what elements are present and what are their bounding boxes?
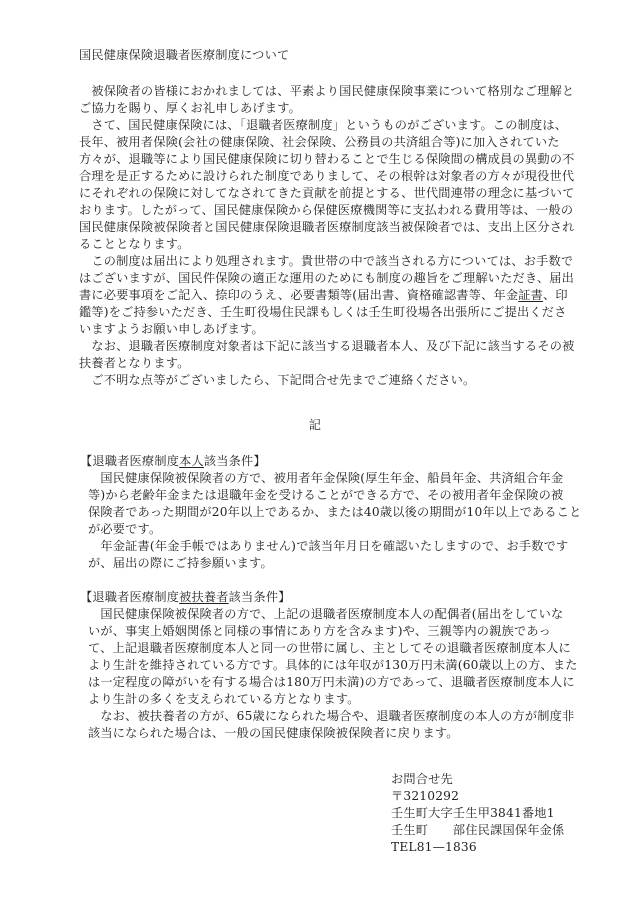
heading-post: 該当条件】 — [204, 454, 266, 468]
section-honnin-line: が必要です。 — [88, 521, 551, 537]
intro-line: 長年、被用者保険(会社の健康保険、社会保険、公務員の共済組合等)に加入されていた — [79, 134, 551, 150]
intro-line: 扶養者となります。 — [79, 355, 551, 371]
heading-pre: 【退職者医療制度 — [80, 590, 179, 604]
intro-line: ご不明な点等がございましたら、下記問合せ先までご連絡ください。 — [79, 372, 551, 388]
section-fuyou-line: より生計を維持されている方です。具体的には年収が130万円未満(60歳以上の方、… — [88, 657, 551, 673]
section-fuyou-line: 国民健康保険被保険者の方で、上記の退職者医療制度本人の配偶者(届出をしていな — [88, 606, 551, 622]
section-honnin-line: 年金証書(年金手帳ではありません)で該当年月日を確認いたしますので、お手数です — [88, 538, 551, 554]
contact-address: 壬生町大字壬生甲3841番地1 — [391, 805, 555, 821]
contact-heading: お問合せ先 — [391, 771, 453, 787]
section-fuyou-line: なお、被扶養者の方が、65歳になられた場合や、退職者医療制度の本人の方が制度非 — [88, 708, 551, 724]
intro-line: 方々が、退職等により国民健康保険に切り替わることで生じる保険間の構成員の異動の不 — [79, 151, 551, 167]
contact-department: 壬生町 部住民課国保年金係 — [391, 822, 564, 838]
section-honnin-line: 等)から老齢年金または退職年金を受けることができる方で、その被用者年金保険の被 — [88, 487, 551, 503]
heading-underlined: 被扶養者 — [179, 590, 229, 604]
section-fuyou-line: 該当になられた場合は、一般の国民健康保険被保険者に戻ります。 — [88, 725, 551, 741]
section-honnin-line: が、届出の際にご持参願います。 — [88, 555, 551, 571]
contact-tel: TEL81—1836 — [391, 839, 477, 855]
intro-line: 鑑等)をご持参いただき、壬生町役場住民課もしくは壬生町役場各出張所にご提出くださ — [79, 304, 551, 320]
intro-line: なお、退職者医療制度対象者は下記に該当する退職者本人、及び下記に該当するその被 — [79, 338, 551, 354]
heading-pre: 【退職者医療制度 — [80, 454, 179, 468]
section-fuyou-line: は一定程度の障がいを有する場合は180万円未満)の方であって、退職者医療制度本人… — [88, 674, 551, 690]
intro-line: ご協力を賜り、厚くお礼申しあげます。 — [79, 100, 551, 116]
intro-line-post: 、印 — [543, 288, 568, 302]
intro-line: 国民健康保険被保険者と国民健康保険退職者医療制度該当被保険者では、支出上区分され — [79, 219, 551, 235]
intro-line: にそれぞれの保険に対してなされてきた貢献を前提とする、世代間連帯の理念に基づいて — [79, 185, 551, 201]
intro-line: はございますが、国民件保険の適正な運用のためにも制度の趣旨をご理解いただき、届出 — [79, 270, 551, 286]
section-honnin-line: 国民健康保険被保険者の方で、被用者年金保険(厚生年金、船員年金、共済組合年金 — [88, 470, 551, 486]
section-fuyou-heading: 【退職者医療制度被扶養者該当条件】 — [80, 589, 291, 605]
document-page: 国民健康保険退職者医療制度について 被保険者の皆様におかれましては、平素より国民… — [0, 0, 630, 903]
section-fuyou-line: いが、事実上婚姻関係と同様の事情にあり方を含みます)や、三親等内の親族であっ — [88, 623, 551, 639]
contact-postal: 〒3210292 — [391, 788, 459, 804]
intro-line-pre: 書に必要事項をご記入、捺印のうえ、必要書類等(届出書、資格確認書等、年金 — [79, 288, 518, 302]
section-honnin-line: 保険者であった期間が20年以上であるか、または40歳以後の期間が10年以上である… — [88, 504, 551, 520]
heading-post: 該当条件】 — [229, 590, 291, 604]
section-fuyou-line: より生計の多くを支えられている方となります。 — [88, 691, 551, 707]
intro-line: いますようお願い申しあげます。 — [79, 321, 551, 337]
document-title: 国民健康保険退職者医療制度について — [79, 47, 289, 63]
ki-marker: 記 — [0, 417, 630, 433]
heading-underlined: 本人 — [179, 454, 204, 468]
intro-line: 合理を是正するために設けられた制度でありまして、その根幹は対象者の方々が現役世代 — [79, 168, 551, 184]
intro-line: 被保険者の皆様におかれましては、平素より国民健康保険事業について格別なご理解と — [79, 83, 551, 99]
intro-line: この制度は届出により処理されます。貴世帯の中で該当される方については、お手数で — [79, 253, 551, 269]
intro-line: おります。したがって、国民健康保険から保健医療機関等に支払われる費用等は、一般の — [79, 202, 551, 218]
section-fuyou-line: て、上記退職者医療制度本人と同一の世帯に属し、主としてその退職者医療制度本人に — [88, 640, 551, 656]
section-honnin-heading: 【退職者医療制度本人該当条件】 — [80, 453, 266, 469]
intro-line: 書に必要事項をご記入、捺印のうえ、必要書類等(届出書、資格確認書等、年金証書、印 — [79, 287, 551, 303]
intro-line: ることとなります。 — [79, 236, 551, 252]
intro-line: さて、国民健康保険には、「退職者医療制度」というものがございます。この制度は、 — [79, 117, 551, 133]
underlined-term: 証書 — [518, 288, 543, 302]
